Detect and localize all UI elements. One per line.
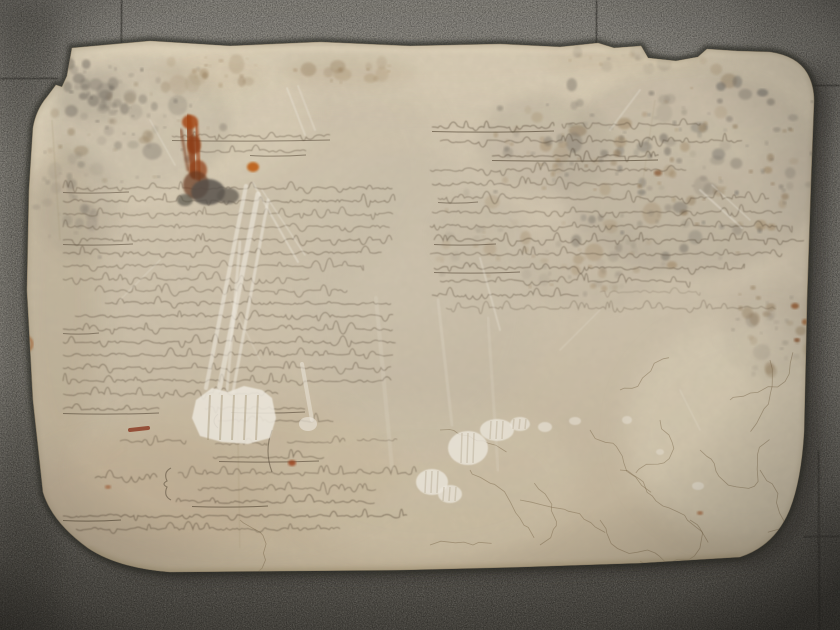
photo-canvas [0, 0, 840, 630]
photograph: Photograph of a weathered rectangular st… [0, 0, 840, 630]
photo-vignette [0, 0, 840, 630]
